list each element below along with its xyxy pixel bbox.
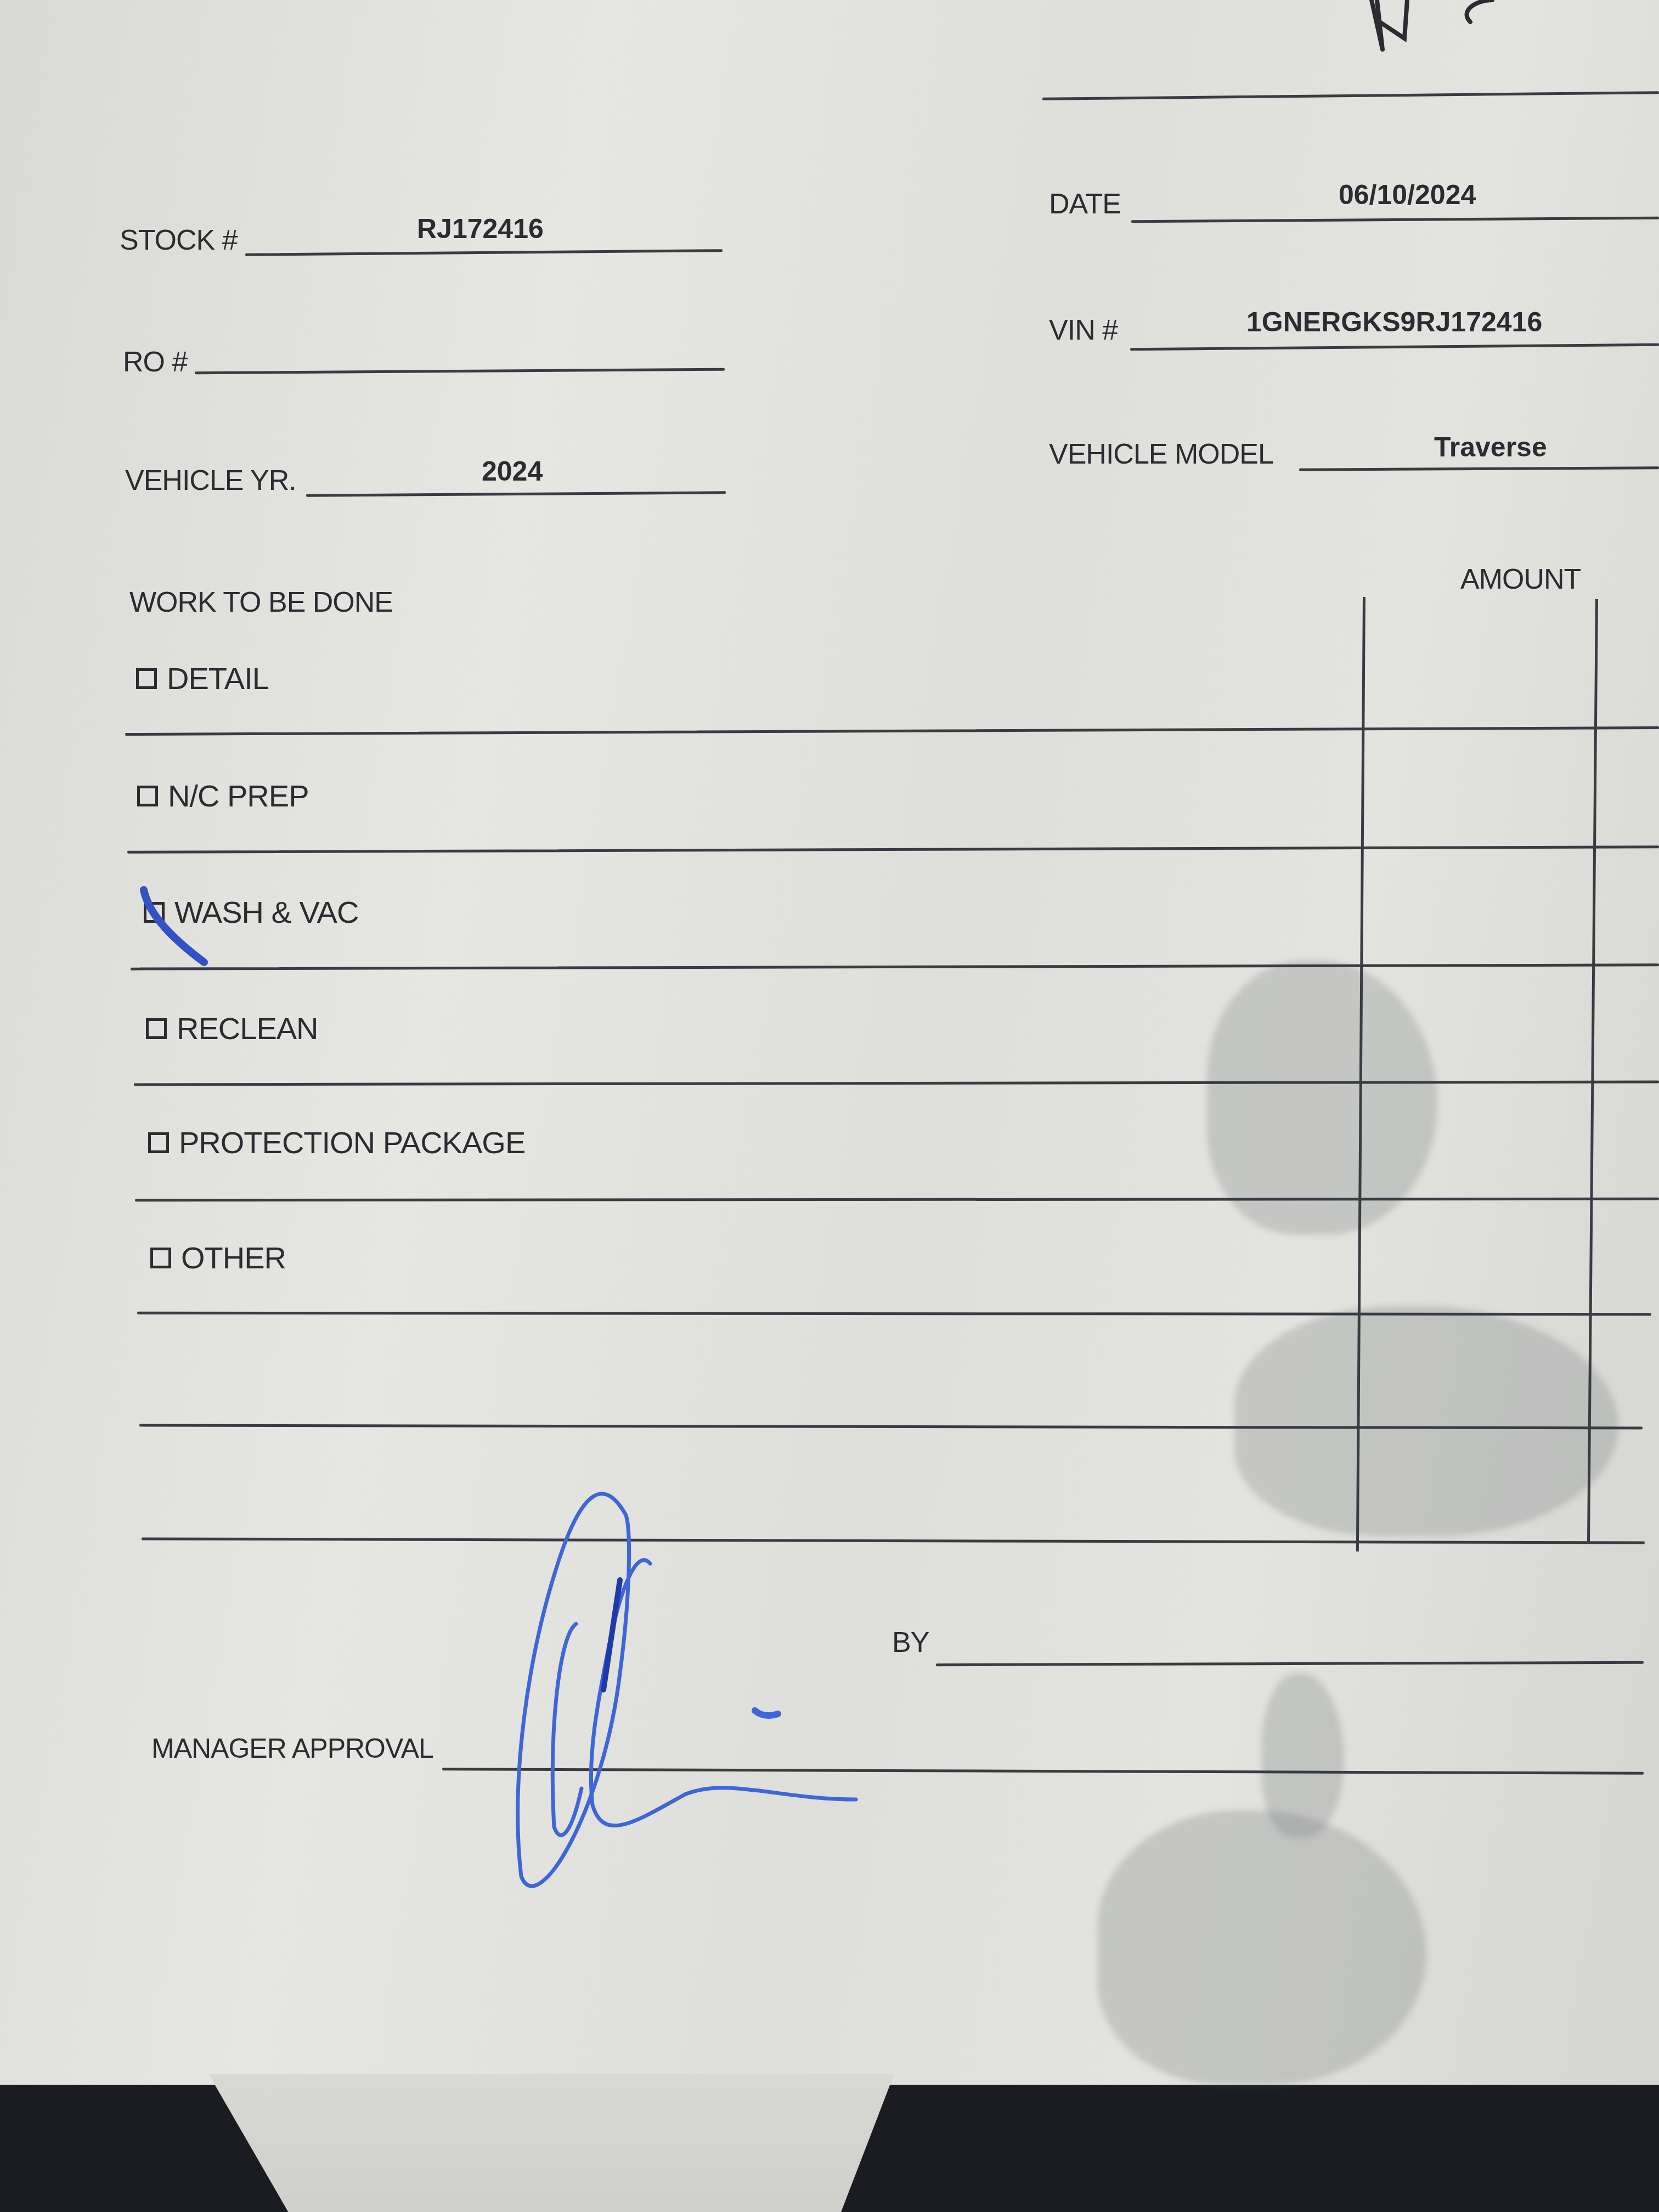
work-item-label: RECLEAN (177, 1011, 318, 1046)
checkbox-checked[interactable] (144, 902, 165, 923)
vehicle-yr-value[interactable]: 2024 (482, 455, 543, 487)
work-item-detail[interactable]: DETAIL (136, 661, 269, 696)
work-item-label: N/C PREP (168, 778, 309, 814)
work-heading: WORK TO BE DONE (129, 586, 393, 619)
stock-value[interactable]: RJ172416 (417, 213, 544, 245)
vehicle-yr-label: VEHICLE YR. (125, 464, 296, 497)
work-item-wash-vac[interactable]: WASH & VAC (144, 894, 358, 930)
work-item-protection-package[interactable]: PROTECTION PACKAGE (148, 1125, 525, 1160)
by-label: BY (892, 1626, 929, 1659)
work-item-other[interactable]: OTHER (150, 1240, 286, 1276)
checkbox[interactable] (146, 1018, 167, 1039)
checkbox[interactable] (148, 1132, 169, 1153)
work-item-label: DETAIL (167, 661, 269, 696)
date-value[interactable]: 06/10/2024 (1339, 179, 1476, 211)
vehicle-model-label: VEHICLE MODEL (1049, 438, 1273, 471)
ro-label: RO # (123, 346, 187, 379)
vin-label: VIN # (1049, 314, 1118, 347)
paper-underlayer (208, 2074, 894, 2212)
manager-approval-label: MANAGER APPROVAL (151, 1733, 433, 1764)
work-item-nc-prep[interactable]: N/C PREP (137, 778, 309, 814)
vehicle-model-value[interactable]: Traverse (1434, 431, 1547, 463)
work-item-label: WASH & VAC (174, 894, 358, 930)
checkbox[interactable] (150, 1248, 171, 1268)
stock-label: STOCK # (120, 224, 238, 257)
work-item-reclean[interactable]: RECLEAN (146, 1011, 318, 1046)
checkbox[interactable] (137, 786, 158, 806)
amount-heading: AMOUNT (1460, 563, 1581, 596)
checkbox[interactable] (136, 668, 157, 689)
work-item-label: PROTECTION PACKAGE (179, 1125, 525, 1160)
date-label: DATE (1049, 188, 1121, 221)
work-item-label: OTHER (181, 1240, 286, 1276)
vin-value[interactable]: 1GNERGKS9RJ172416 (1246, 306, 1542, 338)
